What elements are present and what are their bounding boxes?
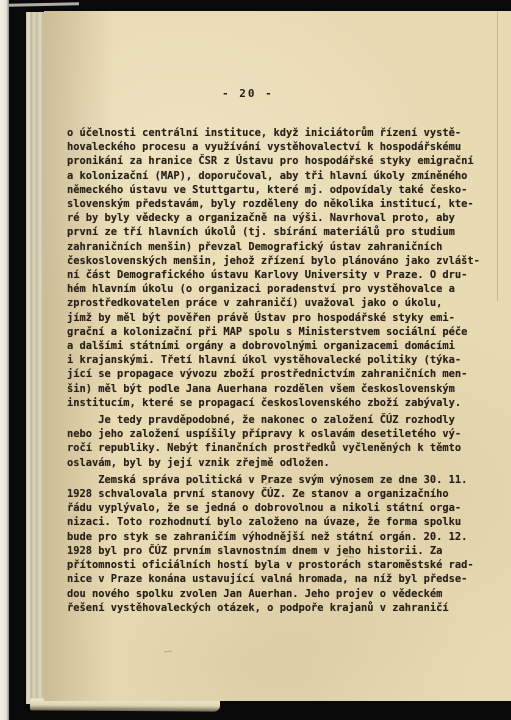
text-line: přítomnosti oficiálních hostí byla v pro… bbox=[67, 558, 497, 572]
text-line: Je tedy pravděpodobné, že nakonec o zalo… bbox=[67, 413, 497, 427]
text-line: zprostředkovatelen práce v zahraničí) uv… bbox=[67, 296, 497, 310]
text-line: šin) měl být podle Jana Auerhana rozděle… bbox=[67, 382, 497, 396]
text-line: pronikání za hranice ČSR z Ústavu pro ho… bbox=[67, 154, 497, 168]
text-line: a dalšími státními orgány a dobrovolnými… bbox=[67, 339, 497, 353]
scanned-book-page: - 20 - o účelnosti centrální instituce, … bbox=[0, 0, 511, 720]
text-line: i krajanskými. Třetí hlavní úkol vystěho… bbox=[67, 353, 497, 367]
paragraph-2: Je tedy pravděpodobné, že nakonec o zalo… bbox=[67, 413, 497, 470]
text-line: 1928 schvalovala první stanovy ČÚZ. Ze s… bbox=[67, 487, 497, 501]
text-line: ročí republiky. Nebýt finančních prostře… bbox=[67, 441, 497, 455]
text-line: nebo jeho založení uspíšily přípravy k o… bbox=[67, 427, 497, 441]
text-line: řádu vyplývalo, že se jedná o dobrovolno… bbox=[67, 501, 497, 515]
text-line: grační a kolonizační při MAP spolu s Min… bbox=[67, 325, 497, 339]
text-line: oslavám, byl by její vznik zřejmě odlože… bbox=[67, 456, 497, 470]
paragraph-3: Zemská správa politická v Praze svým výn… bbox=[67, 473, 497, 615]
text-line: nice v Praze konána ustavující valná hro… bbox=[67, 572, 497, 586]
text-line: o účelnosti centrální instituce, když in… bbox=[67, 126, 497, 140]
text-line: nizaci. Toto rozhodnutí bylo založeno na… bbox=[67, 515, 497, 529]
book-page-edges bbox=[26, 12, 46, 704]
text-line: bude pro styk se zahraničím výhodnější n… bbox=[67, 530, 497, 544]
text-line: institucím, které se propagací českoslov… bbox=[67, 396, 497, 410]
text-line: hovaleckého procesu a využívání vystěhov… bbox=[67, 140, 497, 154]
text-line: německého ústavu ve Stuttgartu, které mj… bbox=[67, 183, 497, 197]
text-line: dou nového spolku zvolen Jan Auerhan. Je… bbox=[67, 587, 497, 601]
text-line: zahraničních menšin) převzal Demografick… bbox=[67, 240, 497, 254]
scanner-edge-strip bbox=[0, 0, 9, 720]
page-number: - 20 - bbox=[222, 87, 274, 100]
page-edge-highlight bbox=[9, 2, 79, 6]
page-text-block: o účelnosti centrální instituce, když in… bbox=[67, 126, 497, 615]
text-line: 1928 byl pro ČÚZ prvním slavnostním dnem… bbox=[67, 544, 497, 558]
text-line: jící se propagace vývozu zboží prostředn… bbox=[67, 367, 497, 381]
text-line: hém hlavním úkolu (o organizaci poradens… bbox=[67, 282, 497, 296]
text-line: a kolonizační (MAP), doporučoval, aby tř… bbox=[67, 169, 497, 183]
text-line: řešení vystěhovaleckých otázek, o podpoř… bbox=[67, 601, 497, 615]
paragraph-1: o účelnosti centrální instituce, když in… bbox=[67, 126, 497, 410]
text-line: slovenským představám, byly rozděleny do… bbox=[67, 197, 497, 211]
text-line: Zemská správa politická v Praze svým výn… bbox=[67, 473, 497, 487]
text-line: ní část Demografického ústavu Karlovy Un… bbox=[67, 268, 497, 282]
text-line: československých menšin, jehož zřízení b… bbox=[67, 254, 497, 268]
text-line: první ze tří hlavních úkolů (tj. sbírání… bbox=[67, 225, 497, 239]
text-line: jímž by měl být pověřen právě Ústav pro … bbox=[67, 311, 497, 325]
text-line: ré by byly vědecky a organizačně na výši… bbox=[67, 211, 497, 225]
paper-fibre-speck bbox=[164, 650, 172, 652]
book-page-paper: - 20 - o účelnosti centrální instituce, … bbox=[44, 11, 511, 701]
